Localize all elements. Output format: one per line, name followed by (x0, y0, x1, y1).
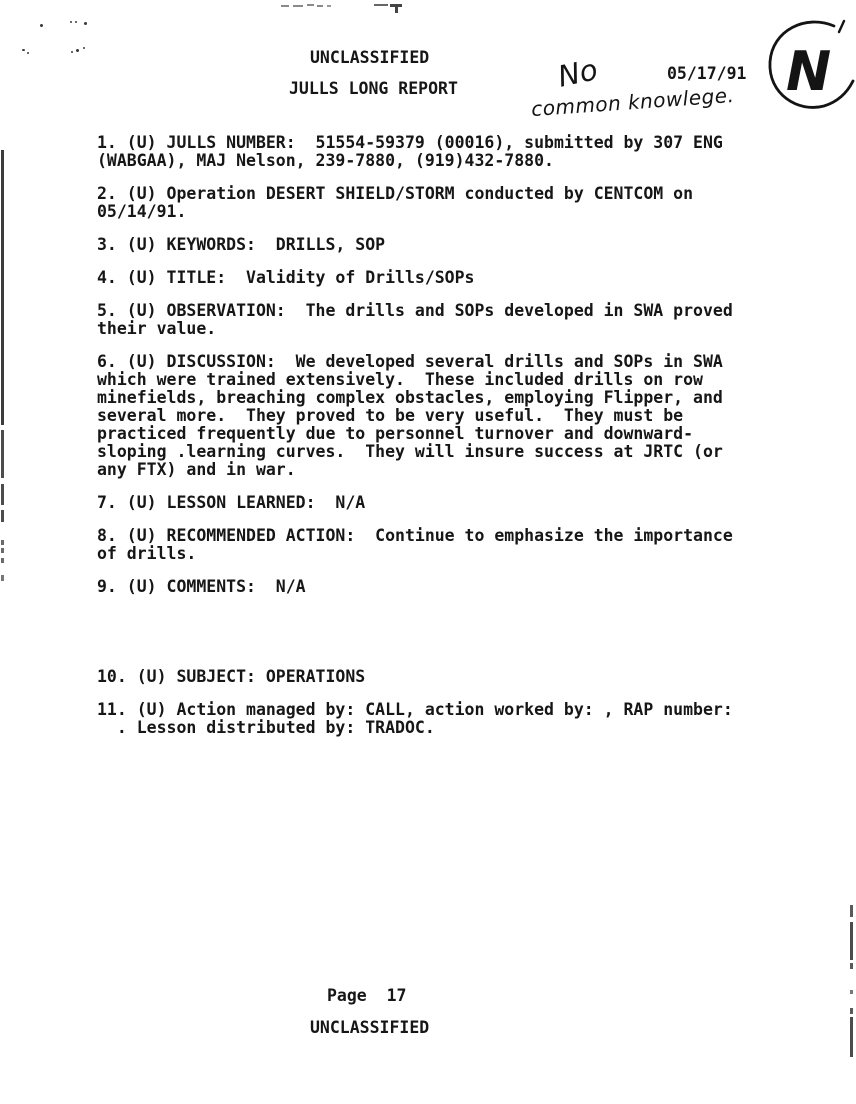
page-number: Page 17 (327, 987, 406, 1005)
report-item-3: 3. (U) KEYWORDS: DRILLS, SOP (97, 236, 787, 254)
handwritten-note-line1: No (555, 52, 601, 93)
report-title: JULLS LONG REPORT (289, 80, 458, 98)
classification-header: UNCLASSIFIED (310, 49, 429, 67)
classification-footer: UNCLASSIFIED (310, 1019, 429, 1037)
report-item-6: 6. (U) DISCUSSION: We developed several … (97, 353, 787, 479)
date-stamp: 05/17/91 (667, 65, 746, 83)
report-item-10: 10. (U) SUBJECT: OPERATIONS (97, 668, 787, 686)
report-item-8: 8. (U) RECOMMENDED ACTION: Continue to e… (97, 527, 787, 563)
report-item-2: 2. (U) Operation DESERT SHIELD/STORM con… (97, 185, 787, 221)
report-item-5: 5. (U) OBSERVATION: The drills and SOPs … (97, 302, 787, 338)
report-item-9: 9. (U) COMMENTS: N/A (97, 578, 787, 596)
circled-n-annotation: N (760, 16, 856, 116)
report-body: 1. (U) JULLS NUMBER: 51554-59379 (00016)… (97, 134, 787, 752)
report-item-1: 1. (U) JULLS NUMBER: 51554-59379 (00016)… (97, 134, 787, 170)
scanned-document-page: UNCLASSIFIED JULLS LONG REPORT 05/17/91 … (0, 0, 856, 1104)
report-item-4: 4. (U) TITLE: Validity of Drills/SOPs (97, 269, 787, 287)
hand-tick-stroke (839, 21, 844, 32)
circled-letter: N (786, 40, 831, 103)
report-item-11: 11. (U) Action managed by: CALL, action … (97, 701, 787, 737)
blank-gap (97, 611, 787, 668)
report-item-7: 7. (U) LESSON LEARNED: N/A (97, 494, 787, 512)
